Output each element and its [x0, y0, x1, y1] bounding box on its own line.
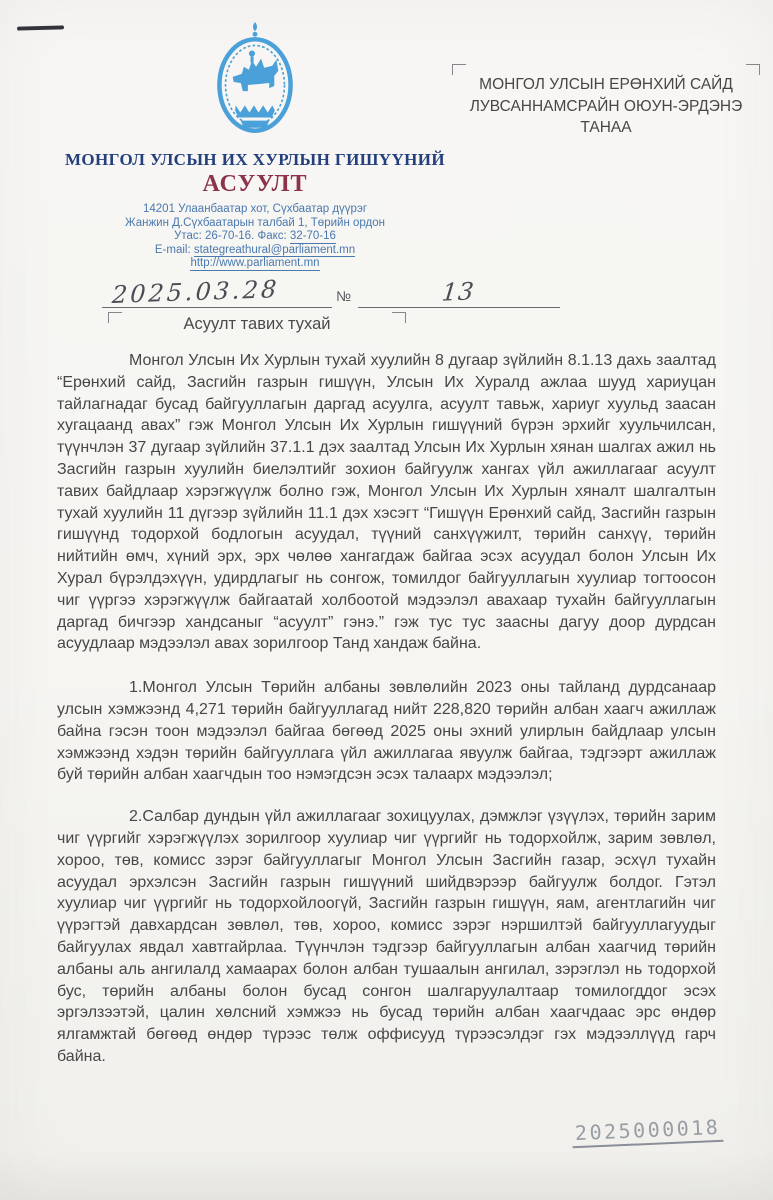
body-paragraph-question-2: 2.Салбар дундын үйл ажиллагааг зохицуула… — [57, 806, 716, 1068]
phone-label: Утас: 26-70-16. Факс: — [174, 230, 287, 242]
subject-title: Асуулт тавих тухай — [108, 306, 406, 334]
recipient-line-3: ТАНАА — [452, 117, 760, 139]
corner-bracket-left-icon — [108, 312, 122, 323]
recipient-line-1: МОНГОЛ УЛСЫН ЕРӨНХИЙ САЙД — [452, 74, 760, 96]
body-paragraph-question-1: 1.Монгол Улсын Төрийн албаны зөвлөлийн 2… — [57, 677, 716, 786]
recipient-line-2: ЛУВСАННАМСРАЙН ОЮУН-ЭРДЭНЭ — [452, 96, 760, 118]
letterhead: МОНГОЛ УЛСЫН ИХ ХУРЛЫН ГИШҮҮНИЙ АСУУЛТ 1… — [60, 20, 450, 316]
website-url: http://www.parliament.mn — [190, 257, 319, 271]
handwritten-date: 2025.03.28 — [111, 275, 280, 309]
letter-body: Монгол Улсын Их Хурлын тухай хуулийн 8 д… — [57, 350, 716, 1068]
corner-bracket-right-icon — [746, 64, 760, 75]
subject-block: Асуулт тавих тухай — [108, 306, 406, 342]
recipient-block: МОНГОЛ УЛСЫН ЕРӨНХИЙ САЙД ЛУВСАННАМСРАЙН… — [452, 62, 760, 139]
website-line: http://www.parliament.mn — [60, 257, 450, 271]
scanned-letter-page: МОНГОЛ УЛСЫН ИХ ХУРЛЫН ГИШҮҮНИЙ АСУУЛТ 1… — [0, 0, 773, 1200]
mongolia-state-emblem-icon — [203, 20, 307, 146]
email-line: E-mail: stategreathural@parliament.mn — [60, 244, 450, 258]
corner-bracket-left-icon — [452, 64, 466, 75]
phone-fax-line: Утас: 26-70-16. Факс: 32-70-16 — [60, 230, 450, 244]
document-type-title: АСУУЛТ — [60, 171, 450, 198]
numero-sign: № — [336, 288, 351, 304]
handwritten-number: 13 — [441, 277, 476, 306]
organization-title: МОНГОЛ УЛСЫН ИХ ХУРЛЫН ГИШҮҮНИЙ — [60, 150, 450, 170]
registration-number-stamp: 2025000018 — [571, 1115, 723, 1149]
address-line-2: Жанжин Д.Сүхбаатарын талбай 1, Төрийн ор… — [60, 217, 450, 231]
corner-bracket-right-icon — [392, 312, 406, 323]
fax-number: 32-70-16 — [290, 230, 336, 244]
letterhead-address: 14201 Улаанбаатар хот, Сүхбаатар дүүрэг … — [60, 203, 450, 271]
scan-mark — [17, 25, 64, 30]
email-label: E-mail: — [155, 244, 191, 256]
address-line-1: 14201 Улаанбаатар хот, Сүхбаатар дүүрэг — [60, 203, 450, 217]
body-paragraph-intro: Монгол Улсын Их Хурлын тухай хуулийн 8 д… — [57, 350, 716, 655]
email-address: stategreathural@parliament.mn — [194, 244, 355, 258]
